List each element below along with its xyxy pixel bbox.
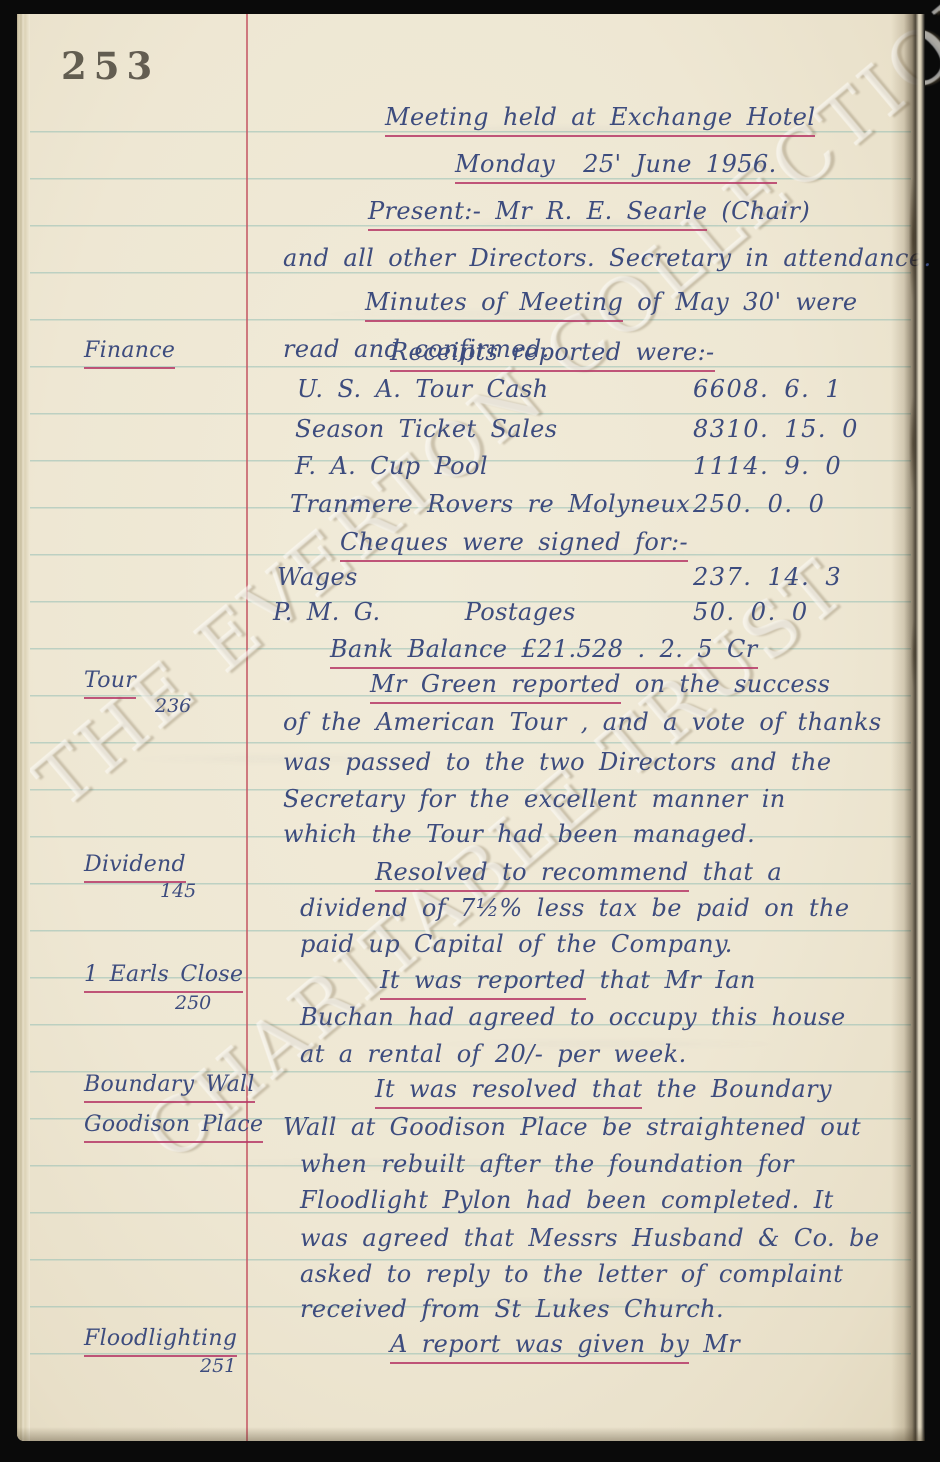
- minute-line: Mr Green reported on the success: [17, 670, 925, 710]
- minute-line: at a rental of 20/- per week.: [17, 1040, 925, 1080]
- amount-value: 8310. 15. 0: [693, 415, 859, 443]
- phrase: Season Ticket Sales: [295, 415, 558, 443]
- phrase: Buchan had agreed to occupy this house: [300, 1003, 846, 1031]
- minute-line: Bank Balance £21.528 . 2. 5 Cr: [17, 635, 925, 675]
- underlined-phrase: Cheques were signed for:-: [340, 528, 688, 562]
- minute-line: of the American Tour , and a vote of tha…: [17, 708, 925, 748]
- amount-value: 237. 14. 3: [693, 563, 842, 591]
- minute-line: A report was given by Mr: [17, 1330, 925, 1370]
- phrase: was passed to the two Directors and the: [283, 748, 831, 776]
- amount-value: 50. 0. 0: [693, 598, 809, 626]
- minute-line: asked to reply to the letter of complain…: [17, 1260, 925, 1300]
- minute-line-text: paid up Capital of the Company.: [300, 930, 733, 958]
- minute-book-page: THE EVERTON COLLECTION CHARITABLE TRUST …: [17, 14, 925, 1441]
- book-gutter-shadow: [891, 14, 925, 1441]
- underlined-phrase: Receipts reported were:-: [390, 338, 715, 372]
- minute-line-text: A report was given by Mr: [390, 1330, 740, 1358]
- phrase: received from St Lukes Church.: [300, 1295, 724, 1323]
- minute-line-text: when rebuilt after the foundation for: [300, 1150, 794, 1178]
- phrase: Secretary for the excellent manner in: [283, 785, 786, 813]
- phrase: P. M. G. Postages: [273, 598, 576, 626]
- underlined-phrase: Mr Green reported: [370, 670, 621, 704]
- minute-line-text: Buchan had agreed to occupy this house: [300, 1003, 846, 1031]
- minute-line-text: F. A. Cup Pool: [295, 452, 488, 480]
- phrase: that Mr Ian: [586, 966, 756, 994]
- underlined-phrase: Minutes of Meeting: [365, 288, 623, 322]
- minute-line: dividend of 7½% less tax be paid on the: [17, 894, 925, 934]
- phrase: which the Tour had been managed.: [283, 820, 755, 848]
- minute-line-text: Present:- Mr R. E. Searle (Chair): [368, 197, 810, 225]
- minute-line: Meeting held at Exchange Hotel: [17, 103, 925, 143]
- minute-line: was passed to the two Directors and the: [17, 748, 925, 788]
- phrase: Tranmere Rovers re Molyneux: [290, 490, 690, 518]
- minute-line-text: Secretary for the excellent manner in: [283, 785, 786, 813]
- minute-line: Tranmere Rovers re Molyneux250. 0. 0: [17, 490, 925, 530]
- phrase: that a: [689, 858, 782, 886]
- minute-line-text: and all other Directors. Secretary in at…: [283, 244, 931, 272]
- minute-line: Resolved to recommend that a: [17, 858, 925, 898]
- page-left-edge: [17, 14, 30, 1441]
- minute-line: It was reported that Mr Ian: [17, 966, 925, 1006]
- phrase: on the success: [621, 670, 831, 698]
- minute-line-text: Bank Balance £21.528 . 2. 5 Cr: [330, 635, 758, 663]
- minute-line: which the Tour had been managed.: [17, 820, 925, 860]
- minute-line: F. A. Cup Pool1114. 9. 0: [17, 452, 925, 492]
- underlined-phrase: Monday 25' June 1956.: [455, 150, 777, 184]
- minute-line-text: Resolved to recommend that a: [375, 858, 782, 886]
- underlined-phrase: A report was given by: [390, 1330, 689, 1364]
- minute-line: Wages237. 14. 3: [17, 563, 925, 603]
- minute-line: Buchan had agreed to occupy this house: [17, 1003, 925, 1043]
- minute-line: Receipts reported were:-: [17, 338, 925, 378]
- minute-line: Monday 25' June 1956.: [17, 150, 925, 190]
- minute-line-text: U. S. A. Tour Cash: [297, 375, 549, 403]
- amount-value: 250. 0. 0: [693, 490, 825, 518]
- minute-line-text: at a rental of 20/- per week.: [300, 1040, 687, 1068]
- phrase: dividend of 7½% less tax be paid on the: [300, 894, 849, 922]
- minute-line: and all other Directors. Secretary in at…: [17, 244, 925, 284]
- minute-line: when rebuilt after the foundation for: [17, 1150, 925, 1190]
- minute-line-text: P. M. G. Postages: [273, 598, 576, 626]
- minute-line-text: Tranmere Rovers re Molyneux: [290, 490, 690, 518]
- minute-line-text: Monday 25' June 1956.: [455, 150, 777, 178]
- underlined-phrase: Bank Balance £21.528 . 2. 5 Cr: [330, 635, 758, 669]
- underlined-phrase: It was resolved that: [375, 1075, 642, 1109]
- minute-line-text: received from St Lukes Church.: [300, 1295, 724, 1323]
- minute-line: received from St Lukes Church.: [17, 1295, 925, 1335]
- minute-line: Present:- Mr R. E. Searle (Chair): [17, 197, 925, 237]
- minute-line: P. M. G. Postages50. 0. 0: [17, 598, 925, 638]
- phrase: and all other Directors. Secretary in at…: [283, 244, 931, 272]
- phrase: Wall at Goodison Place be straightened o…: [283, 1113, 861, 1141]
- page-number: 253: [61, 44, 159, 88]
- phrase: asked to reply to the letter of complain…: [300, 1260, 843, 1288]
- minute-line-text: Mr Green reported on the success: [370, 670, 830, 698]
- phrase: Mr: [689, 1330, 740, 1358]
- minute-line: paid up Capital of the Company.: [17, 930, 925, 970]
- minute-line: Cheques were signed for:-: [17, 528, 925, 568]
- underlined-phrase: It was reported: [380, 966, 586, 1000]
- minute-line-text: It was resolved that the Boundary: [375, 1075, 832, 1103]
- minute-line: was agreed that Messrs Husband & Co. be: [17, 1224, 925, 1264]
- minute-line-text: which the Tour had been managed.: [283, 820, 755, 848]
- minute-line-text: dividend of 7½% less tax be paid on the: [300, 894, 849, 922]
- phrase: was agreed that Messrs Husband & Co. be: [300, 1224, 879, 1252]
- minute-line-text: Season Ticket Sales: [295, 415, 558, 443]
- minute-line: Season Ticket Sales8310. 15. 0: [17, 415, 925, 455]
- minute-line-text: It was reported that Mr Ian: [380, 966, 756, 994]
- phrase: at a rental of 20/- per week.: [300, 1040, 687, 1068]
- minute-line: Floodlight Pylon had been completed. It: [17, 1186, 925, 1226]
- minute-line-text: Floodlight Pylon had been completed. It: [300, 1186, 834, 1214]
- underlined-phrase: Resolved to recommend: [375, 858, 689, 892]
- minute-line-text: was agreed that Messrs Husband & Co. be: [300, 1224, 879, 1252]
- phrase: U. S. A. Tour Cash: [297, 375, 549, 403]
- minute-line-text: Receipts reported were:-: [390, 338, 715, 366]
- minute-line-text: Minutes of Meeting of May 30' were: [365, 288, 858, 316]
- minute-line: U. S. A. Tour Cash6608. 6. 1: [17, 375, 925, 415]
- underlined-phrase: Meeting held at Exchange Hotel: [385, 103, 815, 137]
- phrase: F. A. Cup Pool: [295, 452, 488, 480]
- minute-line-text: Wages: [277, 563, 358, 591]
- phrase: (Chair): [707, 197, 810, 225]
- page-bottom-shadow: [17, 1427, 925, 1441]
- minute-line: Secretary for the excellent manner in: [17, 785, 925, 825]
- minute-line-text: asked to reply to the letter of complain…: [300, 1260, 843, 1288]
- minute-line-text: Wall at Goodison Place be straightened o…: [283, 1113, 861, 1141]
- underlined-phrase: Present:- Mr R. E. Searle: [368, 197, 707, 231]
- phrase: of the American Tour , and a vote of tha…: [283, 708, 882, 736]
- minute-line-text: Meeting held at Exchange Hotel: [385, 103, 815, 131]
- amount-value: 1114. 9. 0: [693, 452, 842, 480]
- scanned-minute-book-photo: THE EVERTON COLLECTION CHARITABLE TRUST …: [0, 0, 940, 1462]
- minute-line-text: was passed to the two Directors and the: [283, 748, 831, 776]
- amount-value: 6608. 6. 1: [693, 375, 842, 403]
- phrase: Floodlight Pylon had been completed. It: [300, 1186, 834, 1214]
- minute-line-text: of the American Tour , and a vote of tha…: [283, 708, 882, 736]
- minute-line: Minutes of Meeting of May 30' were: [17, 288, 925, 328]
- phrase: of May 30' were: [623, 288, 857, 316]
- minute-line: Wall at Goodison Place be straightened o…: [17, 1113, 925, 1153]
- phrase: when rebuilt after the foundation for: [300, 1150, 794, 1178]
- minute-line-text: Cheques were signed for:-: [340, 528, 688, 556]
- phrase: Wages: [277, 563, 358, 591]
- minute-line: It was resolved that the Boundary: [17, 1075, 925, 1115]
- phrase: paid up Capital of the Company.: [300, 930, 733, 958]
- phrase: the Boundary: [642, 1075, 831, 1103]
